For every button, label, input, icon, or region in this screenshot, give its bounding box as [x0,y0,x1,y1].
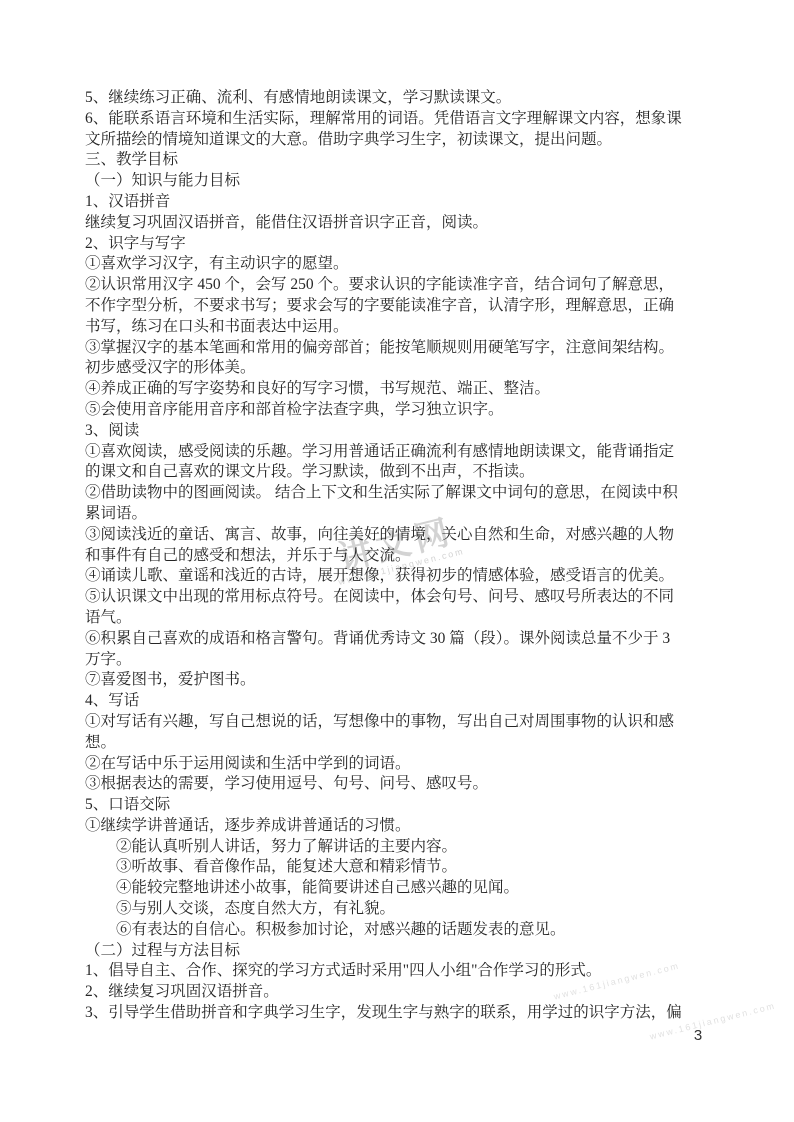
text-line: 万字。 [85,650,717,671]
text-line: 1、倡导自主、合作、探究的学习方式适时采用"四人小组"合作学习的形式。 [85,961,717,982]
text-line: ⑤与别人交谈，态度自然大方，有礼貌。 [85,899,717,920]
text-line: 的课文和自己喜欢的课文片段。学习默读，做到不出声，不指读。 [85,462,717,483]
text-line: 6、能联系语言环境和生活实际，理解常用的词语。凭借语言文字理解课文内容，想象课 [85,109,717,130]
text-line: ③听故事、看音像作品，能复述大意和精彩情节。 [85,857,717,878]
text-line: 2、识字与写字 [85,234,717,255]
text-line: ④养成正确的写字姿势和良好的写字习惯，书写规范、端正、整洁。 [85,379,717,400]
text-line: ②在写话中乐于运用阅读和生活中学到的词语。 [85,754,717,775]
text-line: ②能认真听别人讲话，努力了解讲话的主要内容。 [85,837,717,858]
text-line: 文所描绘的情境知道课文的大意。借助字典学习生字，初读课文，提出问题。 [85,130,717,151]
text-line: 3、阅读 [85,421,717,442]
text-line: 5、口语交际 [85,795,717,816]
text-line: 不作字型分析，不要求书写；要求会写的字要能读准字音，认清字形，理解意思，正确 [85,296,717,317]
text-line: 初步感受汉字的形体美。 [85,358,717,379]
text-line: 语气。 [85,608,717,629]
text-line: 想。 [85,733,717,754]
text-line: 2、继续复习巩固汉语拼音。 [85,982,717,1003]
text-line: ①喜欢学习汉字，有主动识字的愿望。 [85,254,717,275]
text-line: （二）过程与方法目标 [85,941,717,962]
text-line: 和事件有自己的感受和想法，并乐于与人交流。 [85,546,717,567]
text-line: ⑥有表达的自信心。积极参加讨论，对感兴趣的话题发表的意见。 [85,920,717,941]
text-line: 3、引导学生借助拼音和字典学习生字，发现生字与熟字的联系，用学过的识字方法，偏 [85,1003,717,1024]
text-line: ③掌握汉字的基本笔画和常用的偏旁部首；能按笔顺规则用硬笔写字，注意间架结构。 [85,338,717,359]
text-line: 继续复习巩固汉语拼音，能借住汉语拼音识字正音，阅读。 [85,213,717,234]
text-line: 1、汉语拼音 [85,192,717,213]
text-line: 累词语。 [85,504,717,525]
text-line: 4、写话 [85,691,717,712]
text-line: 三、教学目标 [85,150,717,171]
text-line: （一）知识与能力目标 [85,171,717,192]
text-line: ⑤认识课文中出现的常用标点符号。在阅读中，体会句号、问号、感叹号所表达的不同 [85,587,717,608]
text-line: ⑥积累自己喜欢的成语和格言警句。背诵优秀诗文 30 篇（段）。课外阅读总量不少于… [85,629,717,650]
text-line: ①喜欢阅读，感受阅读的乐趣。学习用普通话正确流利有感情地朗读课文，能背诵指定 [85,442,717,463]
text-line: ②借助读物中的图画阅读。 结合上下文和生活实际了解课文中词句的意思，在阅读中积 [85,483,717,504]
text-line: 5、继续练习正确、流利、有感情地朗读课文，学习默读课文。 [85,88,717,109]
text-line: ①对写话有兴趣，写自己想说的话，写想像中的事物，写出自己对周围事物的认识和感 [85,712,717,733]
document-body: 5、继续练习正确、流利、有感情地朗读课文，学习默读课文。6、能联系语言环境和生活… [85,88,717,1024]
document-page: 讲文网 www.161jiangwen.com www.161jiangwen.… [0,0,794,1122]
text-line: ⑤会使用音序能用音序和部首检字法查字典，学习独立识字。 [85,400,717,421]
text-line: ②认识常用汉字 450 个，会写 250 个。要求认识的字能读准字音，结合词句了… [85,275,717,296]
text-line: 书写，练习在口头和书面表达中运用。 [85,317,717,338]
text-line: ④诵读儿歌、童谣和浅近的古诗，展开想像，获得初步的情感体验，感受语言的优美。 [85,566,717,587]
text-line: ⑦喜爱图书，爱护图书。 [85,670,717,691]
text-line: ①继续学讲普通话，逐步养成讲普通话的习惯。 [85,816,717,837]
text-line: ④能较完整地讲述小故事，能简要讲述自己感兴趣的见闻。 [85,878,717,899]
text-line: ③阅读浅近的童话、寓言、故事，向往美好的情境，关心自然和生命，对感兴趣的人物 [85,525,717,546]
page-number: 3 [686,1027,710,1044]
text-line: ③根据表达的需要，学习使用逗号、句号、问号、感叹号。 [85,774,717,795]
